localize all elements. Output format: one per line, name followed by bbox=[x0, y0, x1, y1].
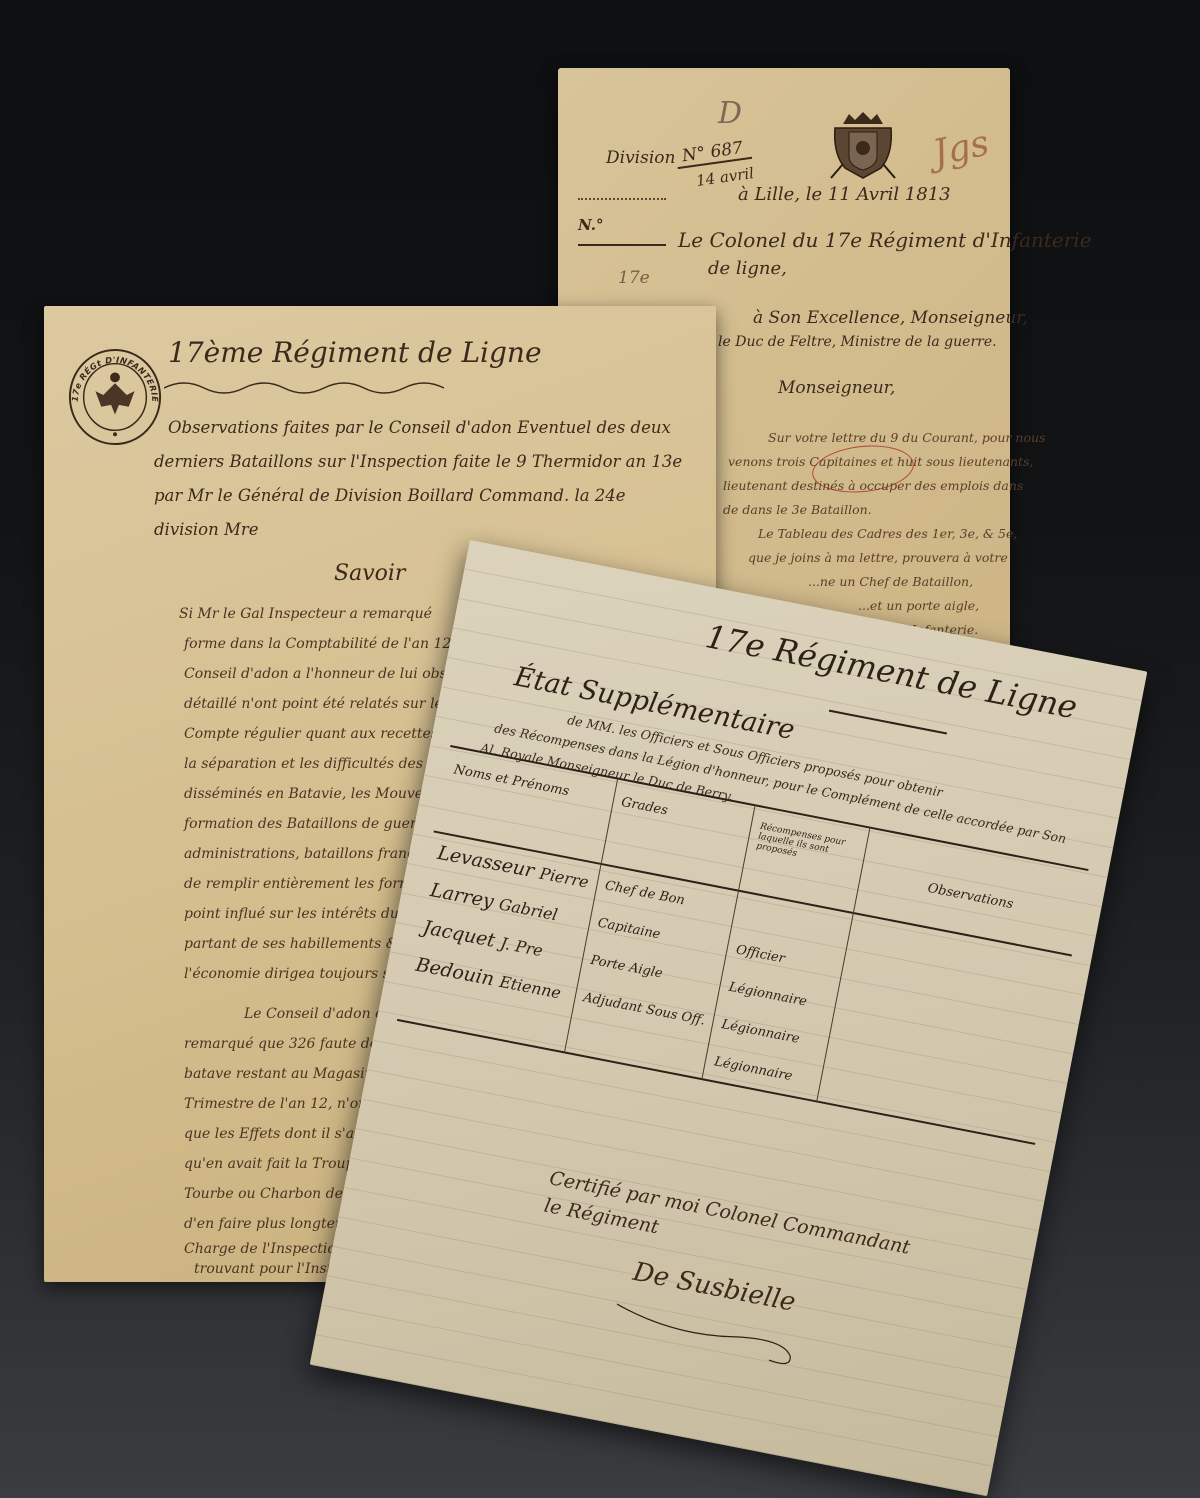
recipient-line: le Duc de Feltre, Ministre de la guerre. bbox=[718, 334, 997, 350]
number-label: N.° bbox=[578, 216, 603, 234]
body-line: ...et un porte aigle, bbox=[858, 598, 979, 613]
document-scene: D Division N° 687 14 avril Jgs à Lille, … bbox=[0, 0, 1200, 1498]
body-line: remarqué que 326 faute de bbox=[184, 1036, 378, 1052]
body-line: Conseil d'adon a l'honneur de lui observ… bbox=[184, 666, 485, 682]
sender-line: Le Colonel du 17e Régiment d'Infanterie bbox=[678, 228, 1092, 252]
flourish bbox=[164, 378, 464, 398]
margin-note: 17e bbox=[618, 268, 650, 288]
letter-title: 17ème Régiment de Ligne bbox=[168, 336, 542, 369]
header-line: Observations faites par le Conseil d'ado… bbox=[168, 418, 671, 437]
body-line: Le Tableau des Cadres des 1er, 3e, & 5e, bbox=[758, 526, 1017, 541]
body-line: que les Effets dont il s'agit bbox=[184, 1126, 373, 1142]
body-line: forme dans la Comptabilité de l'an 12 qu… bbox=[184, 636, 487, 652]
body-line: point influé sur les intérêts du bbox=[184, 906, 399, 922]
body-line: ...ne un Chef de Bataillon, bbox=[808, 574, 973, 589]
regimental-seal-icon: 17e RÉGt D'INFANTERIE DE LIGNE bbox=[66, 348, 164, 446]
body-line: Tourbe ou Charbon de bbox=[184, 1186, 343, 1202]
place-date: à Lille, le 11 Avril 1813 bbox=[738, 184, 951, 205]
header-line: division Mre bbox=[154, 520, 259, 539]
coat-of-arms-icon bbox=[823, 106, 903, 186]
divider bbox=[578, 244, 666, 246]
sender-line: de ligne, bbox=[708, 258, 787, 279]
stamp-letter: D bbox=[718, 96, 742, 131]
divider bbox=[578, 198, 666, 200]
body-line: lieutenant destinés à occuper des emploi… bbox=[723, 478, 1023, 493]
body-line: Si Mr le Gal Inspecteur a remarqué bbox=[179, 606, 432, 622]
body-line: formation des Bataillons de guerre, bbox=[184, 816, 436, 832]
body-line: détaillé n'ont point été relatés sur le … bbox=[184, 696, 462, 712]
division-label: Division bbox=[606, 148, 675, 168]
savoir-heading: Savoir bbox=[334, 561, 405, 586]
body-line: venons trois Capitaines et huit sous lie… bbox=[728, 454, 1033, 469]
registry-number: N° 687 bbox=[675, 137, 753, 169]
body-line: de dans le 3e Bataillon. bbox=[723, 502, 872, 517]
red-initials-annotation: Jgs bbox=[929, 123, 992, 175]
header-line: par Mr le Général de Division Boillard C… bbox=[154, 486, 626, 505]
recipient-line: à Son Excellence, Monseigneur, bbox=[753, 308, 1028, 328]
header-line: derniers Bataillons sur l'Inspection fai… bbox=[154, 452, 682, 471]
body-line: Sur votre lettre du 9 du Courant, pour n… bbox=[768, 430, 1045, 445]
body-line: qu'en avait fait la Troupe bbox=[184, 1156, 363, 1172]
body-line: que je joins à ma lettre, prouvera à vot… bbox=[748, 550, 1008, 565]
salutation: Monseigneur, bbox=[778, 378, 895, 398]
